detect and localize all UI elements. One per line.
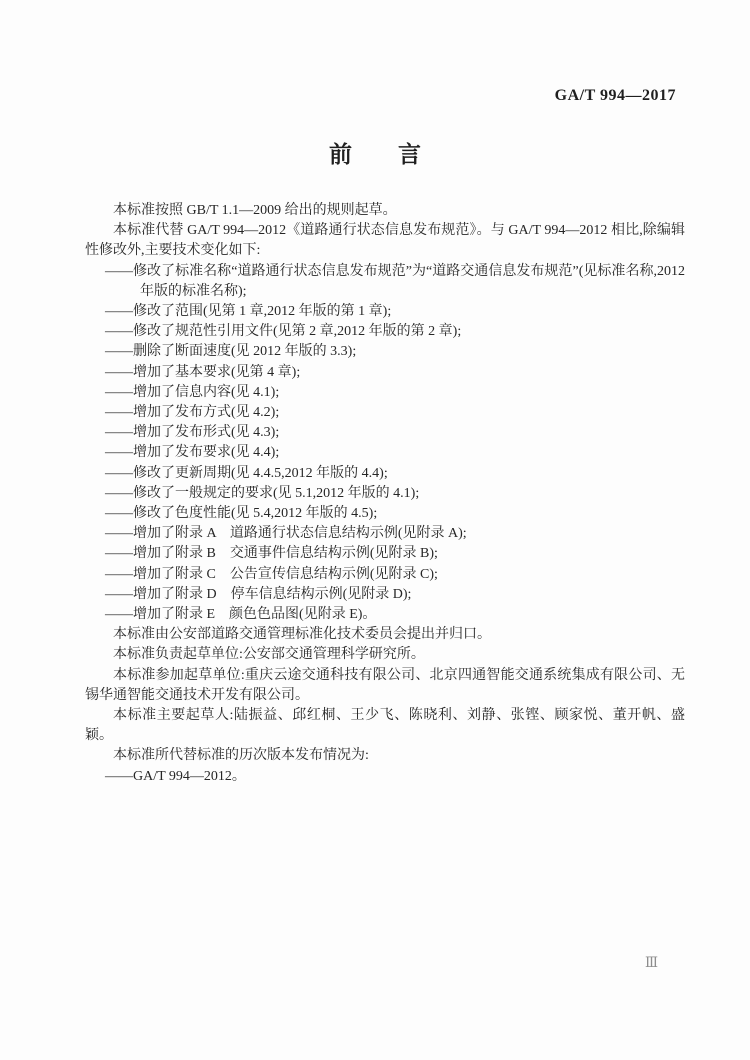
change-item: ——修改了规范性引用文件(见第 2 章,2012 年版的第 2 章); (85, 322, 685, 342)
intro-paragraph: 本标准代替 GA/T 994—2012《道路通行状态信息发布规范》。与 GA/T… (85, 221, 685, 261)
change-item: ——增加了发布形式(见 4.3); (85, 423, 685, 443)
change-item: ——修改了更新周期(见 4.4.5,2012 年版的 4.4); (85, 464, 685, 484)
change-item: ——修改了色度性能(见 5.4,2012 年版的 4.5); (85, 504, 685, 524)
closing-paragraph: 本标准参加起草单位:重庆云途交通科技有限公司、北京四通智能交通系统集成有限公司、… (85, 666, 685, 706)
change-item: ——增加了发布方式(见 4.2); (85, 403, 685, 423)
foreword-title: 前 言 (0, 136, 750, 169)
foreword-body: 本标准按照 GB/T 1.1—2009 给出的规则起草。 本标准代替 GA/T … (85, 201, 685, 787)
intro-paragraph: 本标准按照 GB/T 1.1—2009 给出的规则起草。 (85, 201, 685, 221)
closing-paragraph: 本标准所代替标准的历次版本发布情况为: (85, 746, 685, 766)
closing-paragraph: 本标准负责起草单位:公安部交通管理科学研究所。 (85, 645, 685, 665)
change-item: ——删除了断面速度(见 2012 年版的 3.3); (85, 342, 685, 362)
change-item: ——增加了发布要求(见 4.4); (85, 443, 685, 463)
closing-paragraph: 本标准主要起草人:陆振益、邱红桐、王少飞、陈晓利、刘静、张铿、顾家悦、董开帆、盛… (85, 706, 685, 746)
change-item: ——修改了一般规定的要求(见 5.1,2012 年版的 4.1); (85, 484, 685, 504)
change-item: ——增加了附录 C 公告宣传信息结构示例(见附录 C); (85, 565, 685, 585)
change-item: ——修改了标准名称“道路通行状态信息发布规范”为“道路交通信息发布规范”(见标准… (85, 262, 685, 302)
change-item: ——修改了范围(见第 1 章,2012 年版的第 1 章); (85, 302, 685, 322)
change-item: ——增加了信息内容(见 4.1); (85, 383, 685, 403)
change-item: ——增加了附录 E 颜色色品图(见附录 E)。 (85, 605, 685, 625)
change-item: ——增加了附录 B 交通事件信息结构示例(见附录 B); (85, 544, 685, 564)
closing-paragraph: 本标准由公安部道路交通管理标准化技术委员会提出并归口。 (85, 625, 685, 645)
history-item: ——GA/T 994—2012。 (85, 767, 685, 787)
document-page: GA/T 994—2017 前 言 本标准按照 GB/T 1.1—2009 给出… (0, 0, 750, 1060)
page-number: Ⅲ (645, 955, 658, 971)
change-item: ——增加了附录 A 道路通行状态信息结构示例(见附录 A); (85, 524, 685, 544)
change-item: ——增加了基本要求(见第 4 章); (85, 363, 685, 383)
change-item: ——增加了附录 D 停车信息结构示例(见附录 D); (85, 585, 685, 605)
standard-code-header: GA/T 994—2017 (555, 87, 676, 105)
